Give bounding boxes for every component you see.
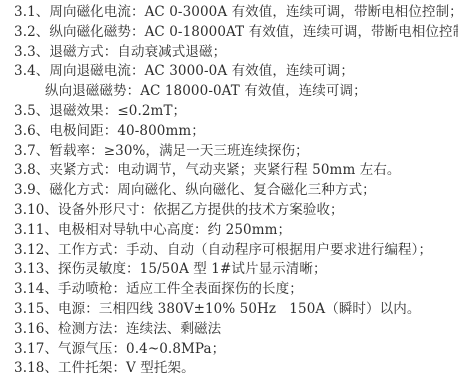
spec-line-3-9: 3.9、磁化方式：周向磁化、纵向磁化、复合磁化三种方式； [14,181,458,201]
spec-line-3-14: 3.14、手动喷枪：适应工件全表面探伤的长度； [14,280,458,300]
spec-line-3-17: 3.17、气源气压：0.4~0.8MPa； [14,340,458,360]
spec-line-3-15: 3.15、电源：三相四线 380V±10% 50Hz 150A（瞬时）以内。 [14,300,458,320]
spec-line-3-3: 3.3、退磁方式：自动衰减式退磁； [14,43,458,63]
spec-line-3-4-continuation: 纵向退磁磁势：AC 18000-0AT 有效值，连续可调； [14,82,458,102]
spec-line-3-8: 3.8、夹紧方式：电动调节，气动夹紧；夹紧行程 50mm 左右。 [14,161,458,181]
spec-line-3-1: 3.1、周向磁化电流：AC 0-3000A 有效值，连续可调，带断电相位控制； [14,3,458,23]
spec-line-3-18: 3.18、工件托架：V 型托架。 [14,359,458,379]
spec-line-3-10: 3.10、设备外形尺寸：依据乙方提供的技术方案验收； [14,201,458,221]
spec-line-3-13: 3.13、探伤灵敏度：15/50A 型 1#试片显示清晰； [14,260,458,280]
spec-line-3-12: 3.12、工作方式：手动、自动（自动程序可根据用户要求进行编程）； [14,241,458,261]
spec-line-3-5: 3.5、退磁效果：≤0.2mT； [14,102,458,122]
spec-line-3-11: 3.11、电极相对导轨中心高度：约 250mm； [14,221,458,241]
spec-line-3-2: 3.2、纵向磁化磁势：AC 0-18000AT 有效值，连续可调，带断电相位控制… [14,23,458,43]
spec-document: 3.1、周向磁化电流：AC 0-3000A 有效值，连续可调，带断电相位控制； … [0,0,464,379]
spec-line-3-7: 3.7、暂载率：≥30%，满足一天三班连续探伤； [14,142,458,162]
spec-line-3-4: 3.4、周向退磁电流：AC 3000-0A 有效值，连续可调； [14,62,458,82]
spec-line-3-16: 3.16、检测方法：连续法、剩磁法 [14,320,458,340]
spec-line-3-6: 3.6、电极间距：40-800mm； [14,122,458,142]
